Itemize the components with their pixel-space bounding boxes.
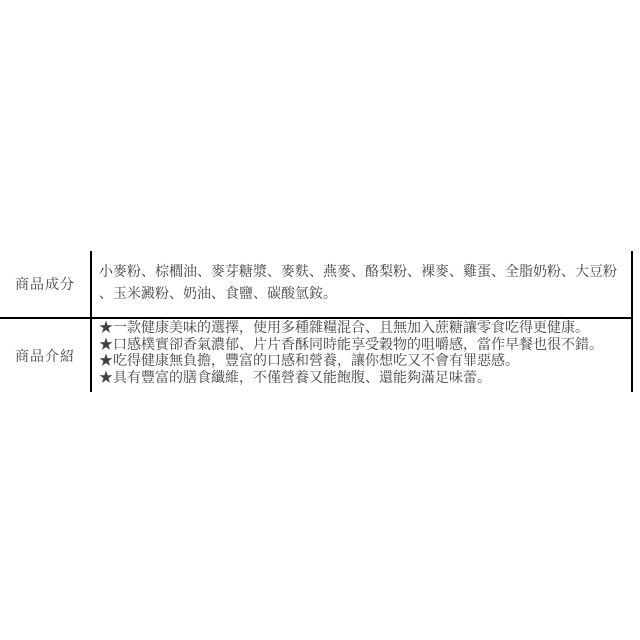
introduction-row: 商品介紹 ★一款健康美味的選擇，使用多種雜糧混合、且無加入蔗糖讓零食吃得更健康。…	[0, 319, 633, 392]
product-info-table: 商品成分 小麥粉、棕櫚油、麥芽糖漿、麥麩、燕麥、酪梨粉、裸麥、雞蛋、全脂奶粉、大…	[0, 251, 633, 392]
ingredients-row: 商品成分 小麥粉、棕櫚油、麥芽糖漿、麥麩、燕麥、酪梨粉、裸麥、雞蛋、全脂奶粉、大…	[0, 251, 633, 319]
introduction-bullet-2: ★口感樸實卻香氣濃郁、片片香酥同時能享受穀物的咀嚼感，當作早餐也很不錯。	[99, 338, 628, 355]
introduction-content-cell: ★一款健康美味的選擇，使用多種雜糧混合、且無加入蔗糖讓零食吃得更健康。 ★口感樸…	[92, 319, 633, 392]
ingredients-line-1: 小麥粉、棕櫚油、麥芽糖漿、麥麩、燕麥、酪梨粉、裸麥、雞蛋、全脂奶粉、大豆粉	[99, 262, 628, 284]
introduction-label: 商品介紹	[15, 346, 75, 366]
introduction-bullet-1: ★一款健康美味的選擇，使用多種雜糧混合、且無加入蔗糖讓零食吃得更健康。	[99, 321, 628, 338]
ingredients-label: 商品成分	[15, 274, 75, 294]
ingredients-label-cell: 商品成分	[0, 251, 92, 317]
introduction-label-cell: 商品介紹	[0, 319, 92, 392]
ingredients-line-2: 、玉米澱粉、奶油、食鹽、碳酸氫銨。	[99, 284, 628, 306]
introduction-bullet-4: ★具有豐富的膳食纖維，不僅營養又能飽腹、還能夠滿足味蕾。	[99, 371, 628, 388]
introduction-bullet-3: ★吃得健康無負擔，豐富的口感和營養，讓你想吃又不會有罪惡感。	[99, 354, 628, 371]
ingredients-content-cell: 小麥粉、棕櫚油、麥芽糖漿、麥麩、燕麥、酪梨粉、裸麥、雞蛋、全脂奶粉、大豆粉 、玉…	[92, 251, 633, 317]
